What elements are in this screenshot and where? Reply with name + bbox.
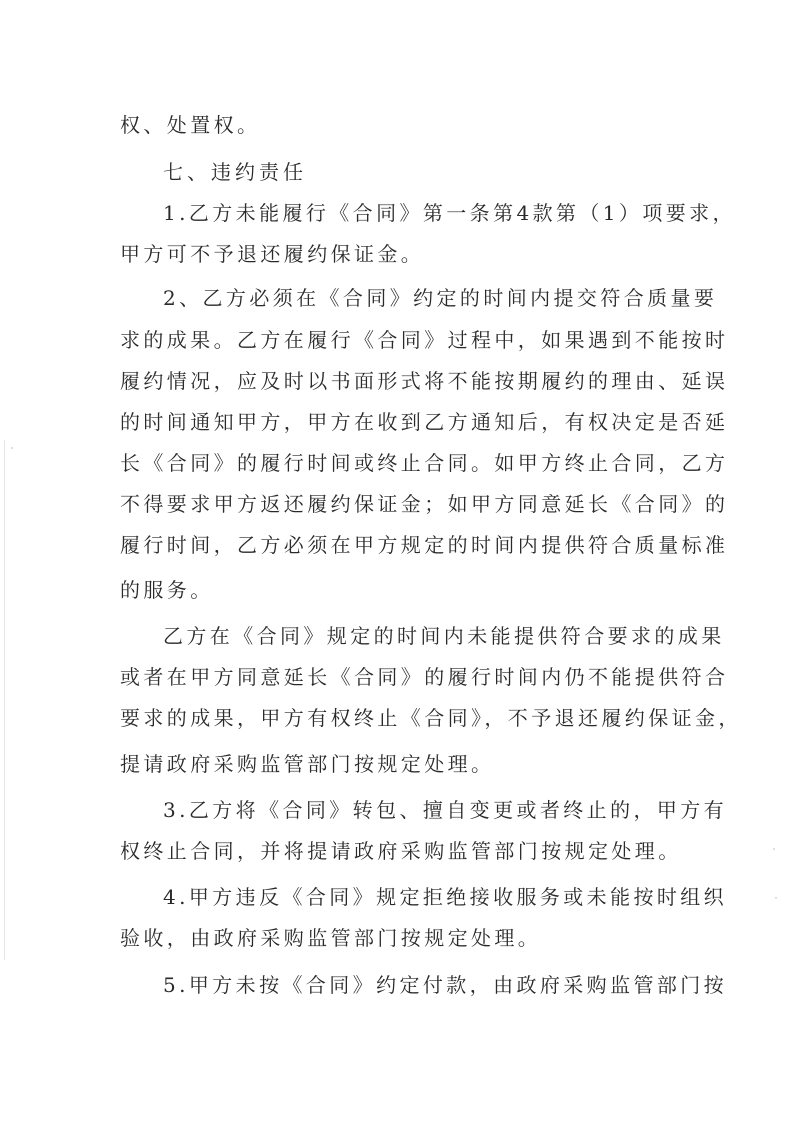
clause-2-line: 的时间通知甲方，甲方在收到乙方通知后，有权决定是否延 — [120, 410, 695, 434]
scan-speck — [773, 848, 775, 850]
clause-1-line: 甲方可不予退还履约保证金。 — [120, 242, 695, 266]
clause-2-followup-line: 提请政府采购监管部门按规定处理。 — [120, 752, 695, 776]
clause-4-line: 验收，由政府采购监管部门按规定处理。 — [120, 926, 695, 950]
clause-3-line: 权终止合同，并将提请政府采购监管部门按规定处理。 — [120, 839, 695, 863]
clause-4-line: 4.甲方违反《合同》规定拒绝接收服务或未能按时组织 — [163, 885, 695, 909]
clause-2-line: 履约情况，应及时以书面形式将不能按期履约的理由、延误 — [120, 369, 695, 393]
clause-2-line: 长《合同》的履行时间或终止合同。如甲方终止合同，乙方 — [120, 451, 695, 475]
clause-3-line: 3.乙方将《合同》转包、擅自变更或者终止的，甲方有 — [163, 798, 695, 822]
clause-5-line: 5.甲方未按《合同》约定付款，由政府采购监管部门按 — [163, 973, 695, 997]
clause-2-followup-line: 乙方在《合同》规定的时间内未能提供符合要求的成果 — [163, 624, 695, 648]
clause-2-line: 的服务。 — [120, 578, 695, 602]
section-heading: 七、违约责任 — [163, 160, 695, 184]
clause-2-line: 2、乙方必须在《合同》约定的时间内提交符合质量要 — [163, 286, 695, 310]
clause-1-line: 1.乙方未能履行《合同》第一条第4款第（1）项要求， — [163, 201, 695, 225]
document-page: 权、处置权。 七、违约责任 1.乙方未能履行《合同》第一条第4款第（1）项要求，… — [0, 0, 793, 1121]
scan-speck — [775, 897, 777, 899]
scan-speck — [11, 447, 13, 449]
clause-2-line: 履行时间，乙方必须在甲方规定的时间内提供符合质量标准 — [120, 533, 695, 557]
scan-edge-artifact — [4, 440, 5, 960]
clause-2-line: 求的成果。乙方在履行《合同》过程中，如果遇到不能按时 — [120, 328, 695, 352]
clause-2-followup-line: 要求的成果，甲方有权终止《合同》，不予退还履约保证金， — [120, 706, 695, 730]
clause-2-followup-line: 或者在甲方同意延长《合同》的履行时间内仍不能提供符合 — [120, 665, 695, 689]
paragraph-line: 权、处置权。 — [120, 113, 695, 137]
clause-2-line: 不得要求甲方返还履约保证金；如甲方同意延长《合同》的 — [120, 492, 695, 516]
